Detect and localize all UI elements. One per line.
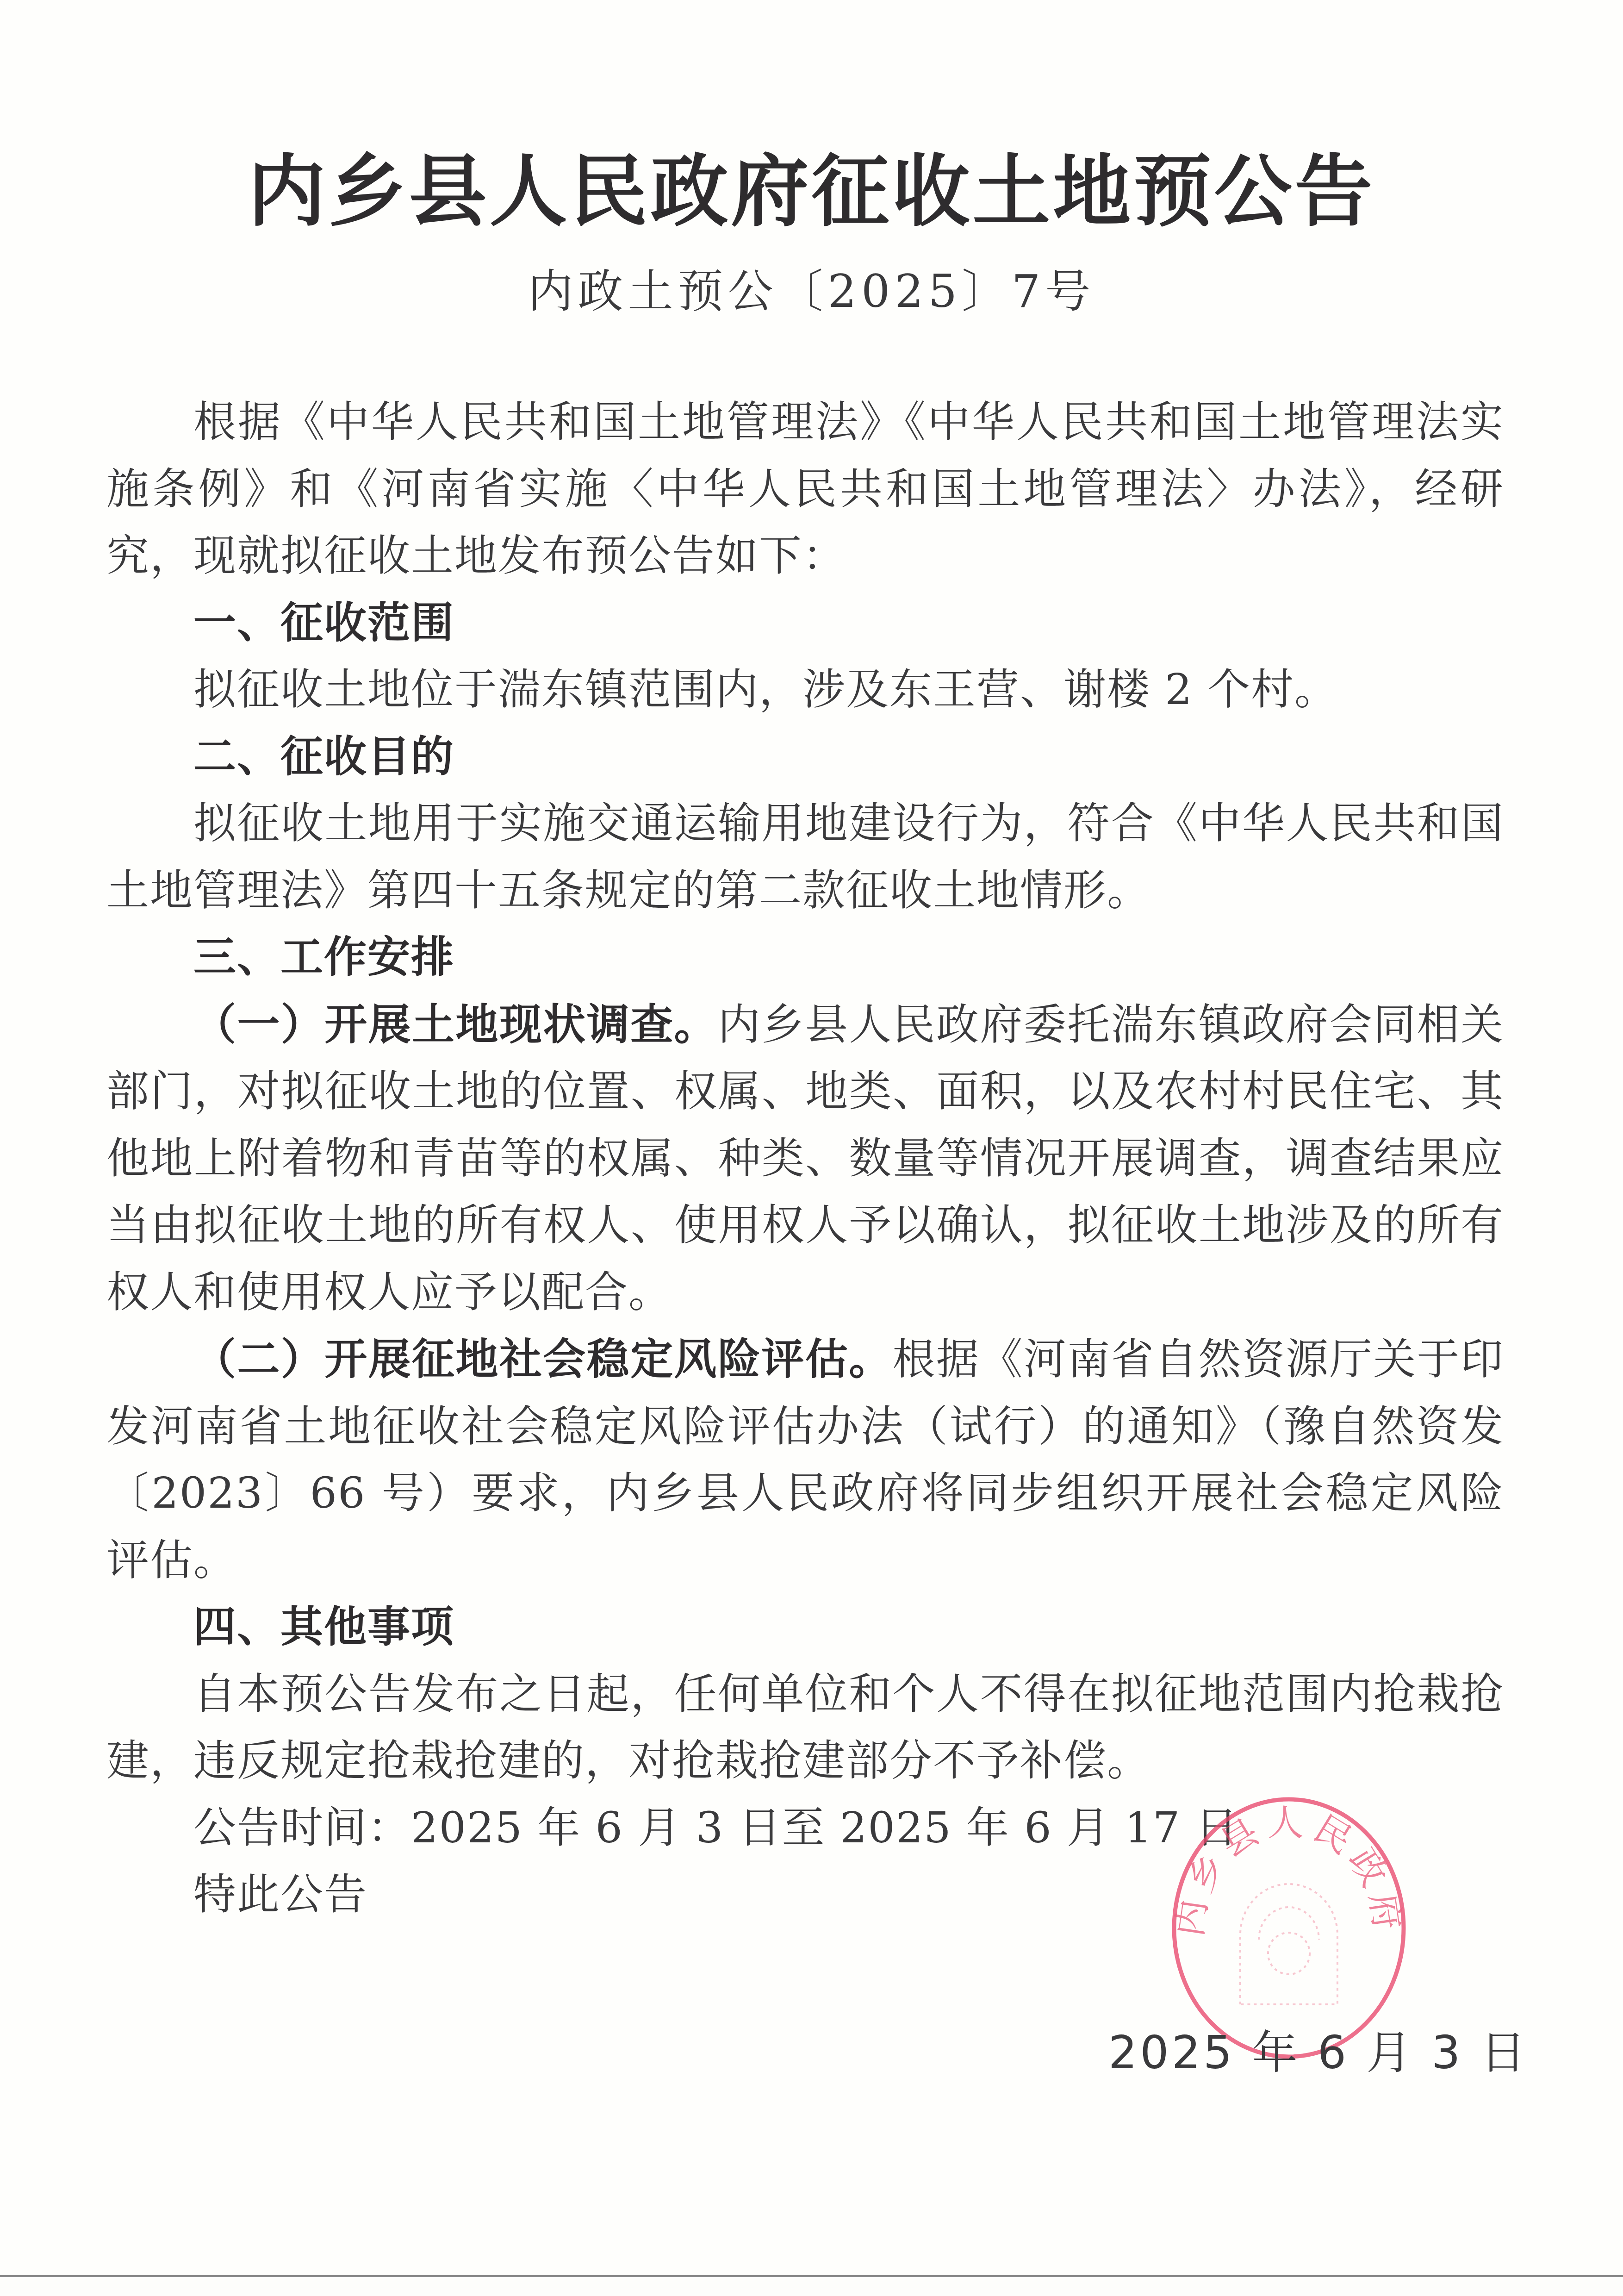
document-number: 内政土预公〔2025〕7号 <box>0 264 1623 319</box>
section-heading-purpose: 二、征收目的 <box>106 724 1504 791</box>
document-title: 内乡县人民政府征收土地预公告 <box>0 147 1623 235</box>
document-body: 根据《中华人民共和国土地管理法》《中华人民共和国土地管理法实施条例》和《河南省实… <box>106 389 1504 1928</box>
section-purpose-paragraph: 拟征收土地用于实施交通运输用地建设行为，符合《中华人民共和国土地管理法》第四十五… <box>106 790 1504 924</box>
subsection-risk-label: （二）开展征地社会稳定风险评估。 <box>193 1334 893 1384</box>
section-heading-other: 四、其他事项 <box>106 1594 1504 1661</box>
subsection-survey: （一）开展土地现状调查。内乡县人民政府委托湍东镇政府会同相关部门，对拟征收土地的… <box>106 991 1504 1326</box>
subsection-risk-assessment: （二）开展征地社会稳定风险评估。根据《河南省自然资源厅关于印发河南省土地征收社会… <box>106 1326 1504 1594</box>
document-date: 2025 年 6 月 3 日 <box>1108 2023 1529 2083</box>
section-heading-arrangements: 三、工作安排 <box>106 924 1504 991</box>
intro-paragraph: 根据《中华人民共和国土地管理法》《中华人民共和国土地管理法实施条例》和《河南省实… <box>106 389 1504 590</box>
section-heading-scope: 一、征收范围 <box>106 590 1504 657</box>
document-page: 内乡县人民政府征收土地预公告 内政土预公〔2025〕7号 根据《中华人民共和国土… <box>0 0 1623 2277</box>
subsection-survey-label: （一）开展土地现状调查。 <box>193 999 718 1049</box>
notice-period: 公告时间：2025 年 6 月 3 日至 2025 年 6 月 17 日 <box>106 1795 1504 1862</box>
closing-text: 特此公告 <box>106 1861 1504 1928</box>
section-scope-paragraph: 拟征收土地位于湍东镇范围内，涉及东王营、谢楼 2 个村。 <box>106 656 1504 724</box>
section-other-paragraph: 自本预公告发布之日起，任何单位和个人不得在拟征地范围内抢栽抢建，违反规定抢栽抢建… <box>106 1661 1504 1795</box>
